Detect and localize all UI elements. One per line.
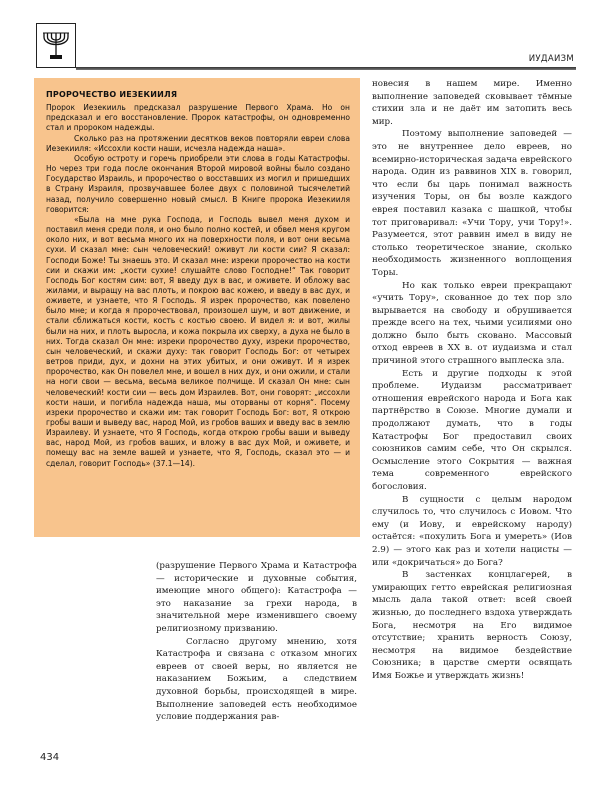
sidebar-box: ПРОРОЧЕСТВО ИЕЗЕКИИЛЯ Пророк Иезекииль п… [34, 78, 360, 537]
page-number: 434 [40, 752, 59, 763]
menorah-icon [41, 29, 71, 63]
right-column: новесия в нашем мире. Именно выполнение … [372, 78, 572, 683]
body-paragraph: В застенках концлагерей, в умирающих гет… [372, 569, 572, 682]
body-paragraph: В сущности с целым народом случилось то,… [372, 494, 572, 570]
body-paragraph: Поэтому выполнение заповедей — это не вн… [372, 128, 572, 279]
sidebar-paragraph: Сколько раз на протяжении десятков веков… [46, 134, 350, 154]
body-paragraph: (разрушение Первого Храма и Катастрофа —… [156, 560, 357, 636]
sidebar-quote: «Была на мне рука Господа, и Господь выв… [46, 215, 350, 469]
body-paragraph: Согласно другому мнению, хотя Катастрофа… [156, 636, 357, 724]
sidebar-paragraph: Особую остроту и горечь приобрели эти сл… [46, 154, 350, 215]
body-paragraph: Есть и другие подходы к этой проблеме. И… [372, 368, 572, 494]
logo-box [36, 23, 76, 68]
section-title: ИУДАИЗМ [529, 54, 574, 64]
sidebar-title: ПРОРОЧЕСТВО ИЕЗЕКИИЛЯ [46, 90, 350, 100]
body-paragraph: новесия в нашем мире. Именно выполнение … [372, 78, 572, 128]
sidebar-paragraph: Пророк Иезекииль предсказал разрушение П… [46, 103, 350, 133]
header-rule [76, 67, 576, 70]
left-column: (разрушение Первого Храма и Катастрофа —… [156, 560, 357, 724]
body-paragraph: Но как только евреи прекращают «учить То… [372, 280, 572, 368]
